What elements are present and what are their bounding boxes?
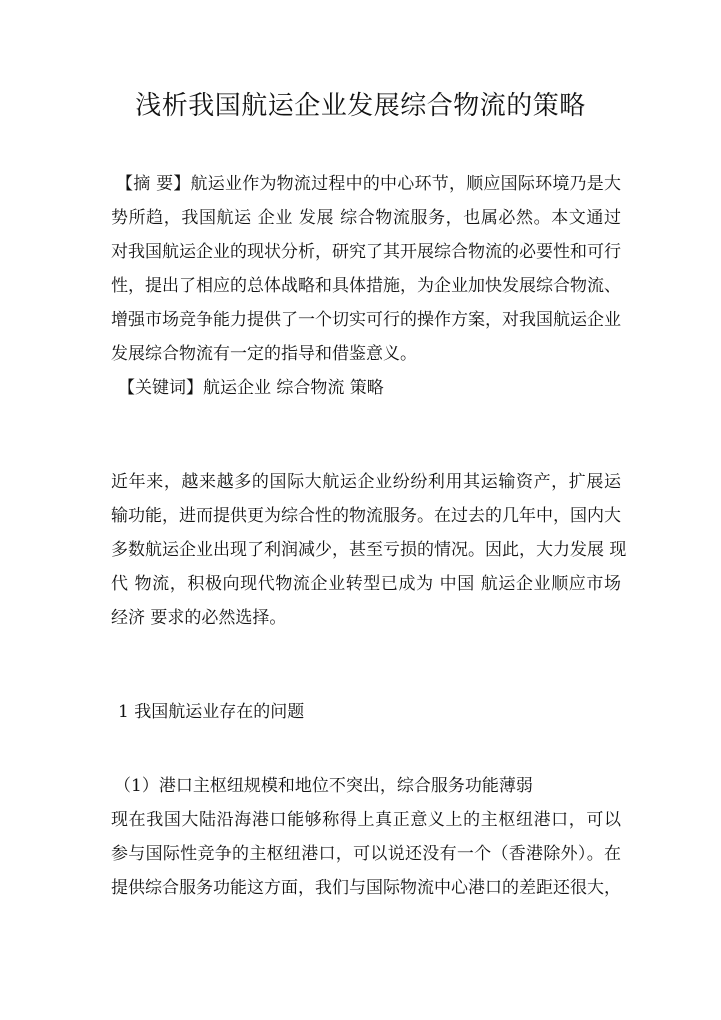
body-line: 提供综合服务功能这方面，我们与国际物流中心港口的差距还很大， — [111, 876, 621, 900]
keywords-line: 【关键词】航运企业 综合物流 策略 — [118, 376, 628, 400]
intro-line: 近年来，越来越多的国际大航运企业纷纷利用其运输资产，扩展运 — [111, 470, 621, 494]
intro-line: 代 物流，积极向现代物流企业转型已成为 中国 航运企业顺应市场 — [111, 572, 621, 596]
intro-line: 多数航运企业出现了利润减少，甚至亏损的情况。因此，大力发展 现 — [111, 538, 621, 562]
abstract-line: 对我国航运企业的现状分析，研究了其开展综合物流的必要性和可行 — [111, 240, 621, 264]
intro-line: 输功能，进而提供更为综合性的物流服务。在过去的几年中，国内大 — [111, 504, 621, 528]
intro-line: 经济 要求的必然选择。 — [111, 606, 621, 630]
abstract-line: 性，提出了相应的总体战略和具体措施，为企业加快发展综合物流、 — [111, 274, 621, 298]
document-title: 浅析我国航运企业发展综合物流的策略 — [0, 88, 721, 124]
subsection-heading: （1）港口主枢纽规模和地位不突出，综合服务功能薄弱 — [114, 774, 624, 798]
abstract-line: 发展综合物流有一定的指导和借鉴意义。 — [111, 342, 621, 366]
body-line: 现在我国大陆沿海港口能够称得上真正意义上的主枢纽港口，可以 — [111, 808, 621, 832]
abstract-line: 势所趋，我国航运 企业 发展 综合物流服务，也属必然。本文通过 — [111, 206, 621, 230]
abstract-line: 【摘 要】航运业作为物流过程中的中心环节，顺应国际环境乃是大 — [116, 172, 621, 196]
abstract-line: 增强市场竞争能力提供了一个切实可行的操作方案，对我国航运企业 — [111, 308, 621, 332]
body-line: 参与国际性竞争的主枢纽港口，可以说还没有一个（香港除外）。在 — [111, 842, 621, 866]
section-heading: 1 我国航运业存在的问题 — [118, 700, 628, 724]
